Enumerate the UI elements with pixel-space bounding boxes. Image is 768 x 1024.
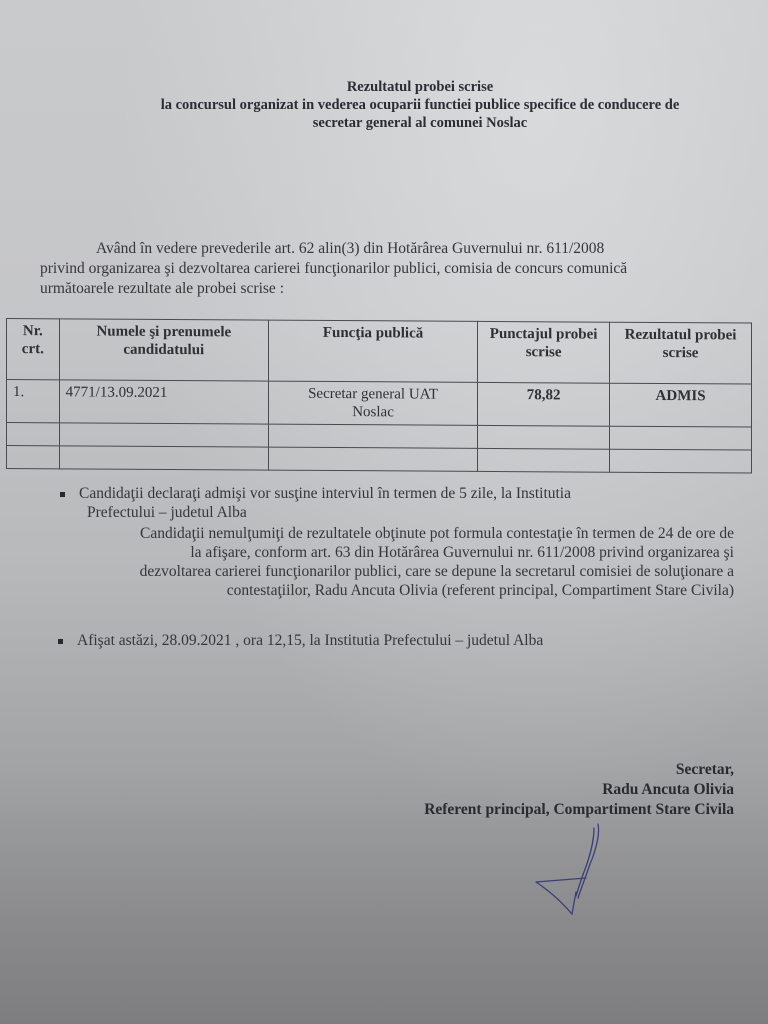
empty-cell [59,423,268,447]
intro-line-1: Având în vedere prevederile art. 62 alin… [96,240,604,257]
posted-notice-text: Afişat astăzi, 28.09.2021 , ora 12,15, l… [77,632,543,649]
signer-role: Secretar, [360,760,734,780]
contest-line-1: Candidaţii nemulţumiţi de rezultatele ob… [44,524,734,543]
empty-cell [7,423,60,446]
intro-line-2: privind organizarea şi dezvoltarea carie… [40,259,717,279]
interview-notice-line-1: Candidaţii declaraţi admişi vor susţine … [79,485,571,502]
empty-cell [610,426,752,450]
contest-line-2: la afişare, conform art. 63 din Hotărâre… [44,543,734,562]
header-nr: Nr. crt. [7,319,60,380]
empty-cell [268,447,477,471]
document-title: Rezultatul probei scrise la concursul or… [120,78,720,132]
header-result: Rezultatul probei scrise [610,322,752,384]
empty-cell [268,424,477,448]
cell-score: 78,82 [478,382,610,426]
header-score: Punctajul probei scrise [478,321,610,383]
cell-position: Secretar general UAT Noslac [268,381,477,425]
intro-paragraph: Având în vedere prevederile art. 62 alin… [40,239,717,299]
results-table: Nr. crt. Numele şi prenumele candidatulu… [6,318,752,474]
bullet-icon [60,492,65,497]
empty-cell [7,446,60,469]
title-line-1: Rezultatul probei scrise [120,78,720,96]
signature-block: Secretar, Radu Ancuta Olivia Referent pr… [360,760,734,820]
signer-title: Referent principal, Compartiment Stare C… [360,800,734,820]
empty-cell [478,425,610,449]
intro-line-3: următoarele rezultate ale probei scrise … [40,279,717,299]
title-line-3: secretar general al comunei Noslac [120,114,720,132]
cell-nr: 1. [7,380,60,423]
signer-name: Radu Ancuta Olivia [360,780,734,800]
table-row: 1. 4771/13.09.2021 Secretar general UAT … [7,380,752,428]
header-candidate: Numele şi prenumele candidatului [59,319,268,381]
posted-notice: Afişat astăzi, 28.09.2021 , ora 12,15, l… [58,631,543,650]
handwritten-signature-icon [520,820,630,920]
cell-candidate: 4771/13.09.2021 [59,380,268,424]
empty-cell [478,448,610,472]
cell-result: ADMIS [610,383,752,427]
table-row-empty [7,446,752,474]
table-header-row: Nr. crt. Numele şi prenumele candidatulu… [7,319,752,385]
interview-notice: Candidaţii declaraţi admişi vor susţine … [60,484,728,522]
contest-line-3: dezvoltarea carierei funcţionarilor publ… [44,562,734,581]
contest-paragraph: Candidaţii nemulţumiţi de rezultatele ob… [44,524,734,600]
title-line-2: la concursul organizat in vederea ocupar… [120,96,720,114]
header-position: Funcţia publică [268,320,477,382]
empty-cell [59,446,268,470]
interview-notice-line-2: Prefectului – judetul Alba [60,503,728,522]
bullet-icon [58,639,63,644]
contest-line-4: contestaţiilor, Radu Ancuta Olivia (refe… [44,581,734,600]
empty-cell [610,449,752,473]
